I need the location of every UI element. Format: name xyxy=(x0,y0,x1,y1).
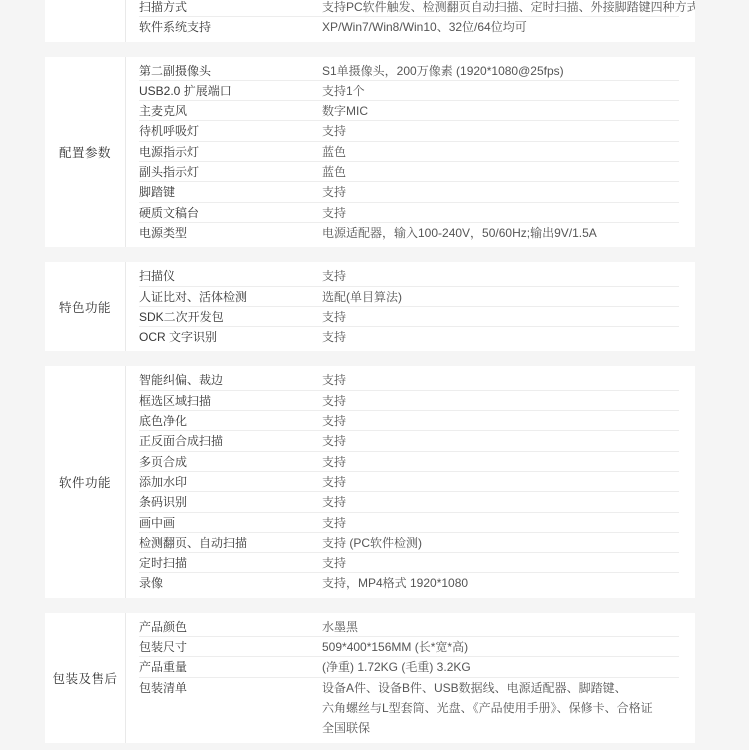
spec-attribute-name: USB2.0 扩展端口 xyxy=(126,81,322,101)
spec-attribute-name: 待机呼吸灯 xyxy=(126,121,322,141)
spec-attribute-name: 画中画 xyxy=(126,513,322,533)
spec-row: 主麦克风数字MIC xyxy=(126,101,695,121)
spec-attribute-name: 条码识别 xyxy=(126,492,322,512)
spec-value-line: 六角螺丝与L型套筒、光盘、《产品使用手册》、保修卡、合格证 xyxy=(322,698,679,718)
spec-attribute-name: 包装清单 xyxy=(126,678,322,698)
spec-attribute-value: (净重) 1.72KG (毛重) 3.2KG xyxy=(322,657,695,677)
spec-attribute-value: 支持 xyxy=(322,266,695,286)
spec-attribute-name: 多页合成 xyxy=(126,452,322,472)
spec-attribute-name: 录像 xyxy=(126,573,322,593)
spec-attribute-value: 支持 xyxy=(322,203,695,223)
spec-section-card: 包装及售后产品颜色水墨黑包装尺寸509*400*156MM (长*宽*高)产品重… xyxy=(45,613,695,743)
spec-attribute-name: 电源指示灯 xyxy=(126,142,322,162)
spec-attribute-value: 支持 xyxy=(322,411,695,431)
spec-row: 产品颜色水墨黑 xyxy=(126,617,695,637)
spec-section-card: 特色功能扫描仪支持人证比对、活体检测选配(单目算法)SDK二次开发包支持OCR … xyxy=(45,262,695,351)
spec-attribute-value: 支持 xyxy=(322,452,695,472)
section-rows: 扫描方式支持PC软件触发、检测翻页自动扫描、定时扫描、外接脚踏键四种方式软件系统… xyxy=(126,0,695,42)
spec-attribute-name: 正反面合成扫描 xyxy=(126,431,322,451)
spec-row: 电源指示灯蓝色 xyxy=(126,142,695,162)
section-label: 包装及售后 xyxy=(45,613,126,743)
spec-row: 添加水印支持 xyxy=(126,472,695,492)
section-label xyxy=(45,0,126,42)
spec-attribute-name: 智能纠偏、裁边 xyxy=(126,370,322,390)
spec-attribute-value: 支持 xyxy=(322,327,695,347)
section-rows: 智能纠偏、裁边支持框选区域扫描支持底色净化支持正反面合成扫描支持多页合成支持添加… xyxy=(126,366,695,597)
spec-row: 智能纠偏、裁边支持 xyxy=(126,370,695,390)
spec-row: 框选区域扫描支持 xyxy=(126,391,695,411)
spec-row: 扫描仪支持 xyxy=(126,266,695,286)
section-label: 配置参数 xyxy=(45,57,126,248)
spec-attribute-name: 包装尺寸 xyxy=(126,637,322,657)
spec-attribute-value: 支持 xyxy=(322,182,695,202)
spec-attribute-name: 定时扫描 xyxy=(126,553,322,573)
spec-attribute-value: 支持 xyxy=(322,370,695,390)
spec-row: 硬质文稿台支持 xyxy=(126,203,695,223)
spec-attribute-value: 支持1个 xyxy=(322,81,695,101)
spec-attribute-name: SDK二次开发包 xyxy=(126,307,322,327)
spec-section-card: 配置参数第二副摄像头S1单摄像头，200万像素 (1920*1080@25fps… xyxy=(45,57,695,248)
spec-row: OCR 文字识别支持 xyxy=(126,327,695,347)
spec-attribute-name: 副头指示灯 xyxy=(126,162,322,182)
spec-attribute-value: 支持PC软件触发、检测翻页自动扫描、定时扫描、外接脚踏键四种方式 xyxy=(322,0,695,17)
spec-row: 包装尺寸509*400*156MM (长*宽*高) xyxy=(126,637,695,657)
spec-row: 检测翻页、自动扫描支持 (PC软件检测) xyxy=(126,533,695,553)
spec-attribute-value: 支持，MP4格式 1920*1080 xyxy=(322,573,695,593)
spec-attribute-name: 检测翻页、自动扫描 xyxy=(126,533,322,553)
spec-attribute-value: 蓝色 xyxy=(322,162,695,182)
spec-row: 副头指示灯蓝色 xyxy=(126,162,695,182)
spec-attribute-name: 人证比对、活体检测 xyxy=(126,287,322,307)
spec-attribute-value: 支持 xyxy=(322,513,695,533)
spec-row: 人证比对、活体检测选配(单目算法) xyxy=(126,287,695,307)
spec-row: 产品重量(净重) 1.72KG (毛重) 3.2KG xyxy=(126,657,695,677)
spec-row: 多页合成支持 xyxy=(126,452,695,472)
spec-attribute-value: 支持 (PC软件检测) xyxy=(322,533,695,553)
spec-attribute-value: 支持 xyxy=(322,307,695,327)
spec-attribute-name: 产品重量 xyxy=(126,657,322,677)
spec-row: 录像支持，MP4格式 1920*1080 xyxy=(126,573,695,593)
spec-attribute-value: 选配(单目算法) xyxy=(322,287,695,307)
spec-attribute-value: 蓝色 xyxy=(322,142,695,162)
section-rows: 第二副摄像头S1单摄像头，200万像素 (1920*1080@25fps)USB… xyxy=(126,57,695,248)
section-rows: 产品颜色水墨黑包装尺寸509*400*156MM (长*宽*高)产品重量(净重)… xyxy=(126,613,695,743)
product-spec-page: 扫描方式支持PC软件触发、检测翻页自动扫描、定时扫描、外接脚踏键四种方式软件系统… xyxy=(0,0,749,750)
spec-attribute-value: 支持 xyxy=(322,431,695,451)
spec-attribute-value: S1单摄像头，200万像素 (1920*1080@25fps) xyxy=(322,61,695,81)
spec-table: 扫描方式支持PC软件触发、检测翻页自动扫描、定时扫描、外接脚踏键四种方式软件系统… xyxy=(45,0,695,750)
spec-section-card: 扫描方式支持PC软件触发、检测翻页自动扫描、定时扫描、外接脚踏键四种方式软件系统… xyxy=(45,0,695,42)
section-label: 特色功能 xyxy=(45,262,126,351)
spec-attribute-name: 扫描方式 xyxy=(126,0,322,17)
spec-value-line: 全国联保 xyxy=(322,718,679,738)
spec-attribute-name: 电源类型 xyxy=(126,223,322,243)
spec-attribute-name: 第二副摄像头 xyxy=(126,61,322,81)
spec-row: SDK二次开发包支持 xyxy=(126,307,695,327)
section-rows: 扫描仪支持人证比对、活体检测选配(单目算法)SDK二次开发包支持OCR 文字识别… xyxy=(126,262,695,351)
spec-attribute-value: 支持 xyxy=(322,121,695,141)
spec-attribute-value: 509*400*156MM (长*宽*高) xyxy=(322,637,695,657)
spec-attribute-value: 数字MIC xyxy=(322,101,695,121)
spec-attribute-value: XP/Win7/Win8/Win10、32位/64位均可 xyxy=(322,17,695,37)
spec-attribute-name: 添加水印 xyxy=(126,472,322,492)
spec-row: 正反面合成扫描支持 xyxy=(126,431,695,451)
spec-row: 画中画支持 xyxy=(126,513,695,533)
spec-value-line: 设备A件、设备B件、USB数据线、电源适配器、脚踏键、 xyxy=(322,678,679,698)
spec-attribute-name: 底色净化 xyxy=(126,411,322,431)
spec-row: 条码识别支持 xyxy=(126,492,695,512)
spec-row: 脚踏键支持 xyxy=(126,182,695,202)
spec-row: 扫描方式支持PC软件触发、检测翻页自动扫描、定时扫描、外接脚踏键四种方式 xyxy=(126,0,695,17)
spec-attribute-name: 产品颜色 xyxy=(126,617,322,637)
spec-row: 软件系统支持XP/Win7/Win8/Win10、32位/64位均可 xyxy=(126,17,695,37)
spec-attribute-value: 支持 xyxy=(322,492,695,512)
spec-row: 底色净化支持 xyxy=(126,411,695,431)
spec-attribute-name: 主麦克风 xyxy=(126,101,322,121)
spec-attribute-name: 脚踏键 xyxy=(126,182,322,202)
spec-row: 第二副摄像头S1单摄像头，200万像素 (1920*1080@25fps) xyxy=(126,61,695,81)
spec-attribute-value: 水墨黑 xyxy=(322,617,695,637)
spec-row: USB2.0 扩展端口支持1个 xyxy=(126,81,695,101)
spec-attribute-value: 设备A件、设备B件、USB数据线、电源适配器、脚踏键、六角螺丝与L型套筒、光盘、… xyxy=(322,678,695,739)
section-label: 软件功能 xyxy=(45,366,126,597)
spec-attribute-name: 硬质文稿台 xyxy=(126,203,322,223)
spec-row: 定时扫描支持 xyxy=(126,553,695,573)
spec-attribute-value: 支持 xyxy=(322,553,695,573)
spec-row: 电源类型电源适配器，输入100-240V，50/60Hz;输出9V/1.5A xyxy=(126,223,695,243)
spec-row: 待机呼吸灯支持 xyxy=(126,121,695,141)
spec-attribute-name: 框选区域扫描 xyxy=(126,391,322,411)
spec-row: 包装清单设备A件、设备B件、USB数据线、电源适配器、脚踏键、六角螺丝与L型套筒… xyxy=(126,678,695,739)
spec-attribute-value: 电源适配器，输入100-240V，50/60Hz;输出9V/1.5A xyxy=(322,223,695,243)
spec-attribute-name: 软件系统支持 xyxy=(126,17,322,37)
spec-attribute-value: 支持 xyxy=(322,391,695,411)
spec-attribute-name: 扫描仪 xyxy=(126,266,322,286)
spec-attribute-name: OCR 文字识别 xyxy=(126,327,322,347)
spec-attribute-value: 支持 xyxy=(322,472,695,492)
spec-section-card: 软件功能智能纠偏、裁边支持框选区域扫描支持底色净化支持正反面合成扫描支持多页合成… xyxy=(45,366,695,597)
